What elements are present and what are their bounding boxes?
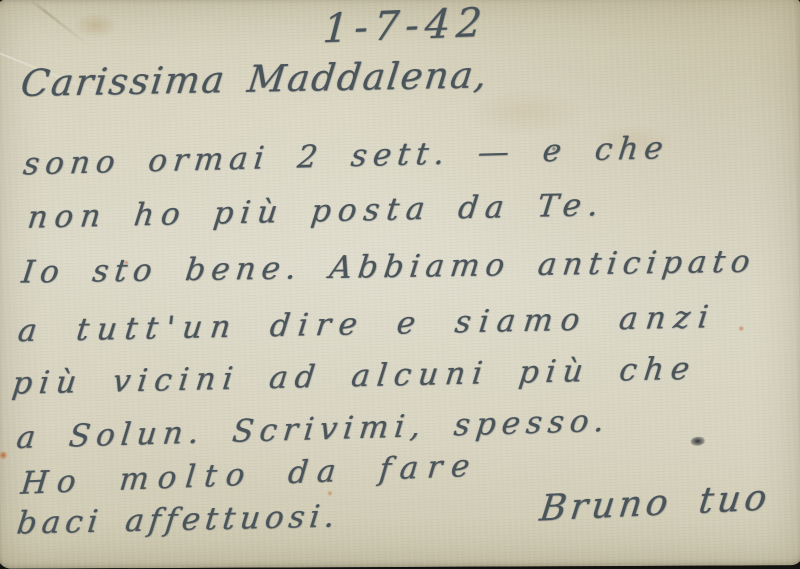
rust-speck xyxy=(738,325,744,331)
paper-stain xyxy=(73,12,119,38)
handwritten-line: Io sto bene. Abbiamo anticipato xyxy=(20,244,758,291)
rust-speck xyxy=(327,490,333,496)
ink-blot xyxy=(691,437,705,446)
handwritten-line: baci affettuosi. xyxy=(15,498,342,541)
handwritten-line: non ho più posta da Te. xyxy=(26,187,608,236)
handwritten-line: a Solun. Scrivimi, spesso. xyxy=(15,403,612,456)
salutation: Carissima Maddalena, xyxy=(19,53,492,105)
handwritten-line: a tutt'un dire e siamo anzi xyxy=(16,299,718,349)
rust-speck xyxy=(0,451,8,460)
signature: Bruno tuo xyxy=(537,477,772,529)
letter-date: 1-7-42 xyxy=(321,0,489,52)
handwritten-line: più vicini ad alcuni più che xyxy=(10,351,698,402)
paper-crease xyxy=(0,0,89,46)
handwritten-line: Ho molto da fare xyxy=(19,448,480,502)
handwritten-line: sono ormai 2 sett. — e che xyxy=(21,130,670,182)
postcard: 1-7-42 Carissima Maddalena, sono ormai 2… xyxy=(0,0,800,563)
